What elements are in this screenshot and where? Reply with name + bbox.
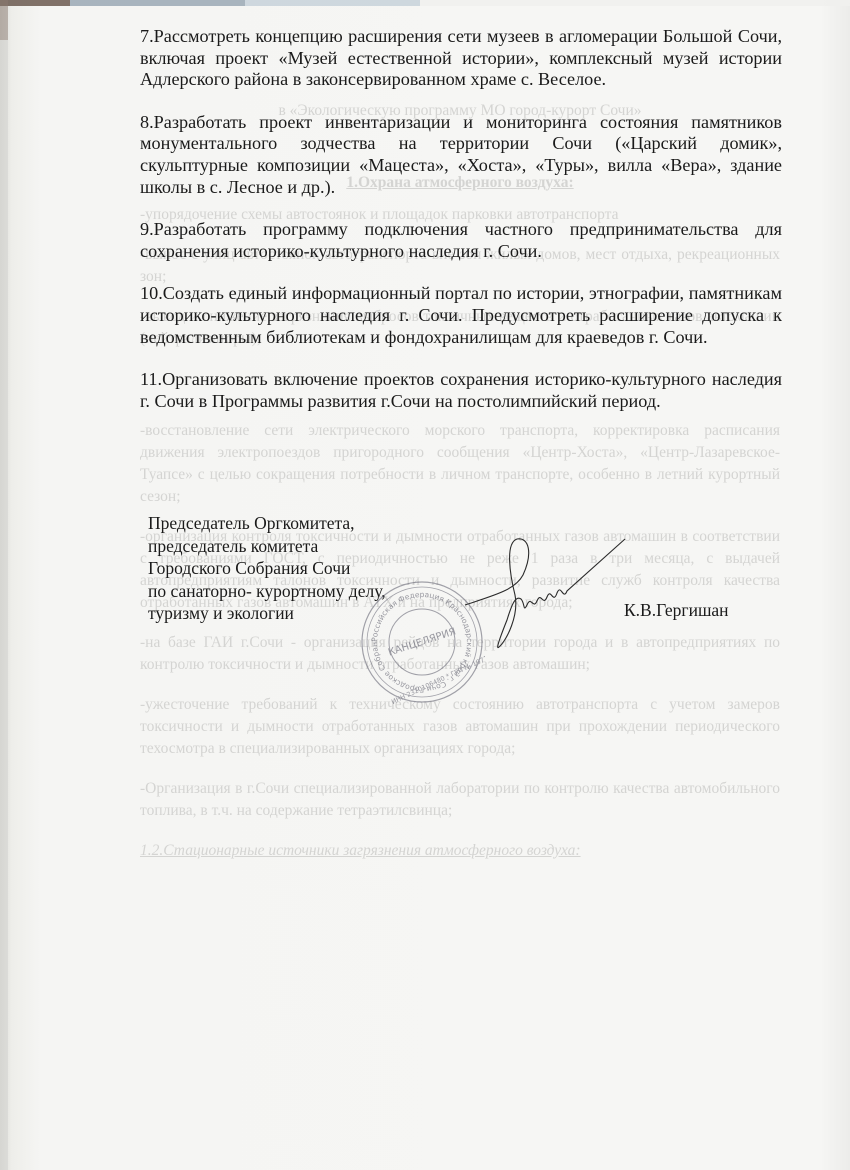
- list-item-11: 11.Организовать включение проектов сохра…: [140, 369, 782, 412]
- scan-left-edge: [0, 0, 8, 1170]
- list-item-9: 9.Разработать программу подключения част…: [140, 219, 782, 262]
- svg-text:КАНЦЕЛЯРИЯ: КАНЦЕЛЯРИЯ: [387, 626, 457, 658]
- scanned-page: в «Экологическую программу МО город-куро…: [0, 0, 850, 1170]
- signatory-title: Председатель Оргкомитета, председатель к…: [148, 512, 386, 625]
- svg-text:ИНН 2320106480 * ГРП № 1071: ИНН 2320106480 * ГРП № 1071: [390, 654, 485, 705]
- list-item-10: 10.Создать единый информационный портал …: [140, 283, 782, 348]
- signatory-name: К.В.Гергишан: [624, 600, 729, 621]
- handwritten-signature-icon: [455, 535, 630, 655]
- list-item-7: 7.Рассмотреть концепцию расширения сети …: [140, 26, 782, 91]
- scan-top-edge: [0, 0, 850, 6]
- document-body: 7.Рассмотреть концепцию расширения сети …: [140, 26, 782, 433]
- list-item-8: 8.Разработать проект инвентаризации и мо…: [140, 112, 782, 198]
